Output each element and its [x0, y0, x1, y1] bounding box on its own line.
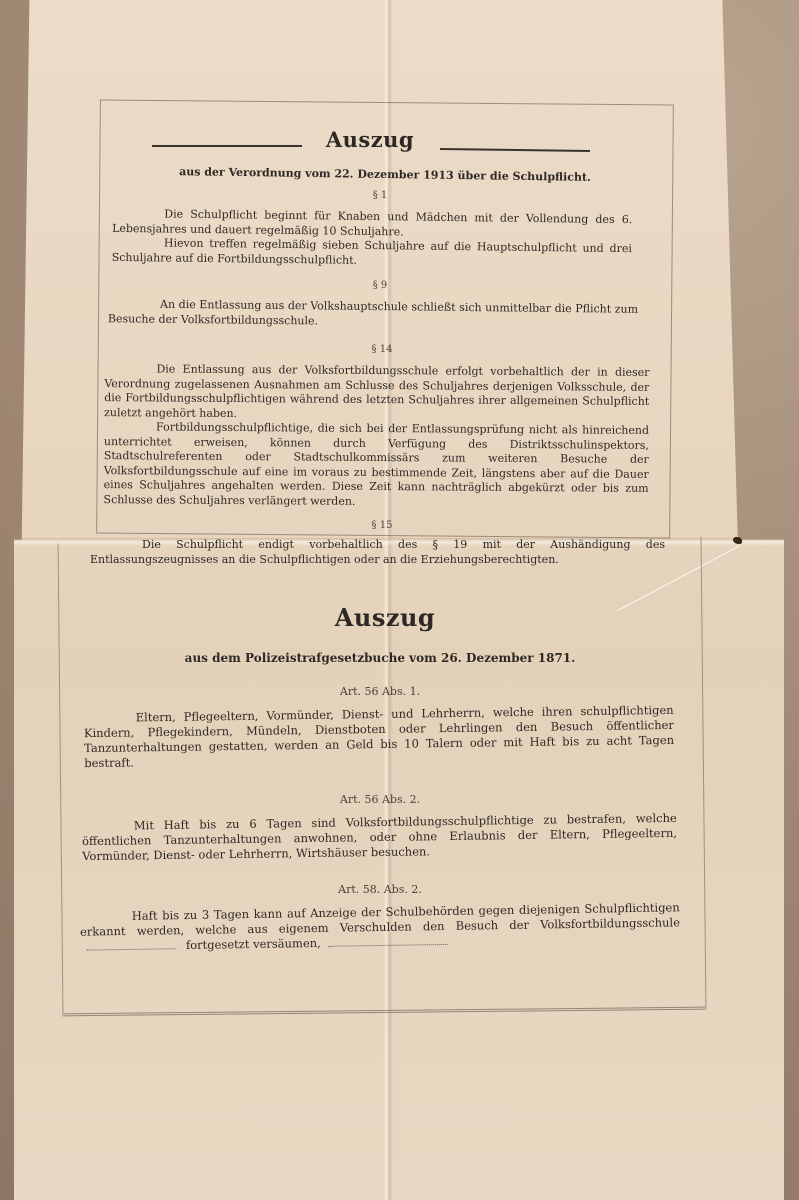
- paragraph-text: Eltern, Pflegeeltern, Vormünder, Dienst-…: [84, 703, 675, 771]
- paragraph-text: An die Entlassung aus der Volkshauptschu…: [108, 297, 638, 332]
- section2-title: Auszug: [310, 603, 460, 632]
- section1-para2: An die Entlassung aus der Volkshauptschu…: [108, 297, 638, 332]
- section1-para1: Die Schulpflicht beginnt für Knaben und …: [112, 207, 633, 271]
- section2-subtitle: aus dem Polizeistrafgesetzbuche vom 26. …: [170, 651, 590, 665]
- article-marker: Art. 56 Abs. 2.: [320, 793, 440, 806]
- section2-art58-abs2: Haft bis zu 3 Tagen kann auf Anzeige der…: [80, 900, 681, 954]
- paragraph-marker: § 1: [360, 190, 400, 201]
- paragraph-text: fortgesetzt versäumen,: [186, 936, 321, 952]
- blank-fill-line: [328, 944, 448, 947]
- paragraph-marker: § 9: [360, 280, 400, 291]
- paragraph-marker: § 14: [362, 344, 402, 355]
- article-marker: Art. 58. Abs. 2.: [320, 883, 440, 896]
- paragraph-marker: § 15: [362, 520, 402, 531]
- paper-hole: [733, 537, 742, 544]
- section1-para4: Die Schulpflicht endigt vorbehaltlich de…: [90, 538, 665, 567]
- section1-para3: Die Entlassung aus der Volksfortbildungs…: [104, 362, 650, 511]
- section1-title: Auszug: [310, 127, 430, 152]
- title-rule-left: [152, 145, 302, 147]
- paragraph-text: Mit Haft bis zu 6 Tagen sind Volksfortbi…: [82, 811, 678, 864]
- blank-fill-line: [86, 948, 176, 950]
- section2-art56-abs1: Eltern, Pflegeeltern, Vormünder, Dienst-…: [84, 703, 675, 771]
- article-marker: Art. 56 Abs. 1.: [320, 685, 440, 698]
- paragraph-text: Fortbildungsschulpflichtige, die sich be…: [104, 420, 650, 511]
- section2-art56-abs2: Mit Haft bis zu 6 Tagen sind Volksfortbi…: [82, 811, 678, 864]
- paragraph-text: Die Entlassung aus der Volksfortbildungs…: [104, 362, 649, 424]
- paragraph-text: Die Schulpflicht endigt vorbehaltlich de…: [90, 538, 665, 567]
